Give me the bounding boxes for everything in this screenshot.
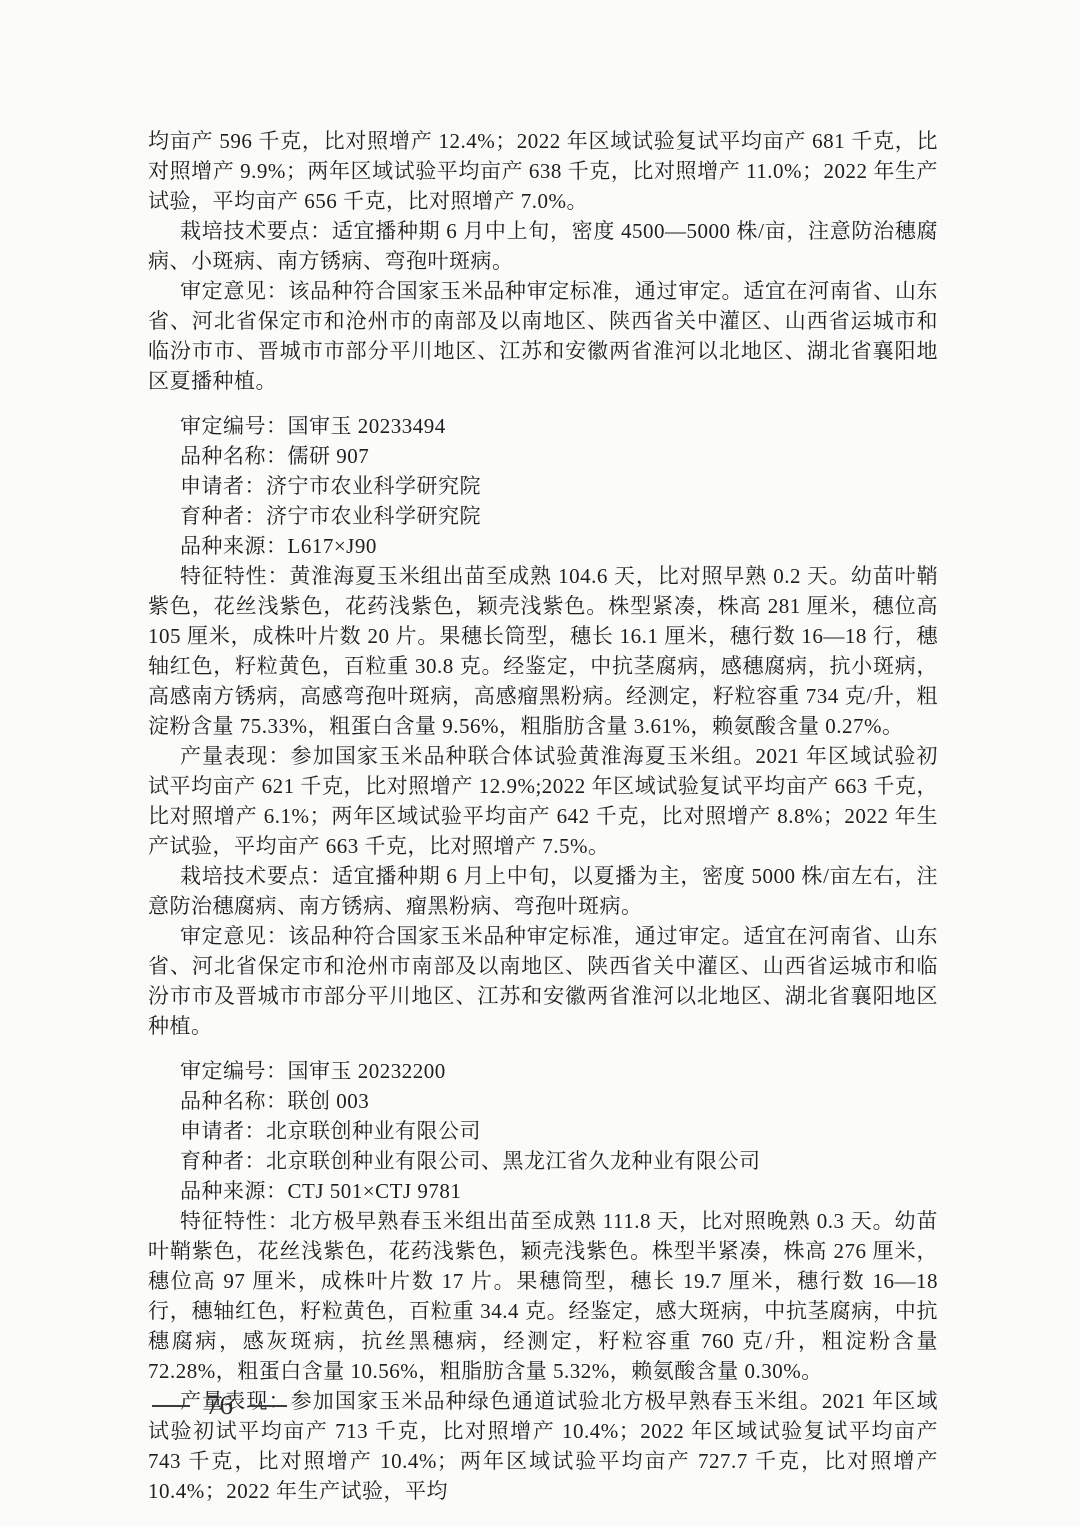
variety-name-line: 品种名称：儒研 907 [148,441,938,471]
approval-number-line: 审定编号：国审玉 20233494 [148,411,938,441]
traits-paragraph: 特征特性：北方极早熟春玉米组出苗至成熟 111.8 天，比对照晚熟 0.3 天。… [148,1206,938,1386]
yield-continuation-paragraph: 均亩产 596 千克，比对照增产 12.4%；2022 年区域试验复试平均亩产 … [148,126,938,216]
cultivation-notes-paragraph: 栽培技术要点：适宜播种期 6 月中上旬，密度 4500—5000 株/亩，注意防… [148,216,938,276]
variety-block-ruyan-907: 审定编号：国审玉 20233494 品种名称：儒研 907 申请者：济宁市农业科… [148,411,938,1041]
variety-source-line: 品种来源：CTJ 501×CTJ 9781 [148,1176,938,1206]
page-body: 均亩产 596 千克，比对照增产 12.4%；2022 年区域试验复试平均亩产 … [148,126,938,1506]
variety-source-line: 品种来源：L617×J90 [148,531,938,561]
breeder-line: 育种者：北京联创种业有限公司、黑龙江省久龙种业有限公司 [148,1146,938,1176]
applicant-line: 申请者：北京联创种业有限公司 [148,1116,938,1146]
variety-name-line: 品种名称：联创 003 [148,1086,938,1116]
document-page: 均亩产 596 千克，比对照增产 12.4%；2022 年区域试验复试平均亩产 … [0,0,1080,1527]
page-number: 76 [206,1392,233,1419]
traits-paragraph: 特征特性：黄淮海夏玉米组出苗至成熟 104.6 天，比对照早熟 0.2 天。幼苗… [148,561,938,741]
variety-block-lianchuang-003: 审定编号：国审玉 20232200 品种名称：联创 003 申请者：北京联创种业… [148,1056,938,1506]
approval-number-line: 审定编号：国审玉 20232200 [148,1056,938,1086]
approval-opinion-paragraph: 审定意见：该品种符合国家玉米品种审定标准，通过审定。适宜在河南省、山东省、河北省… [148,276,938,396]
yield-paragraph: 产量表现：参加国家玉米品种联合体试验黄淮海夏玉米组。2021 年区域试验初试平均… [148,741,938,861]
page-footer: 76 [152,1392,287,1419]
breeder-line: 育种者：济宁市农业科学研究院 [148,501,938,531]
footer-dash-left [152,1405,190,1407]
footer-dash-right [249,1405,287,1407]
cultivation-notes-paragraph: 栽培技术要点：适宜播种期 6 月上中旬，以夏播为主，密度 5000 株/亩左右，… [148,861,938,921]
approval-opinion-paragraph: 审定意见：该品种符合国家玉米品种审定标准，通过审定。适宜在河南省、山东省、河北省… [148,921,938,1041]
applicant-line: 申请者：济宁市农业科学研究院 [148,471,938,501]
